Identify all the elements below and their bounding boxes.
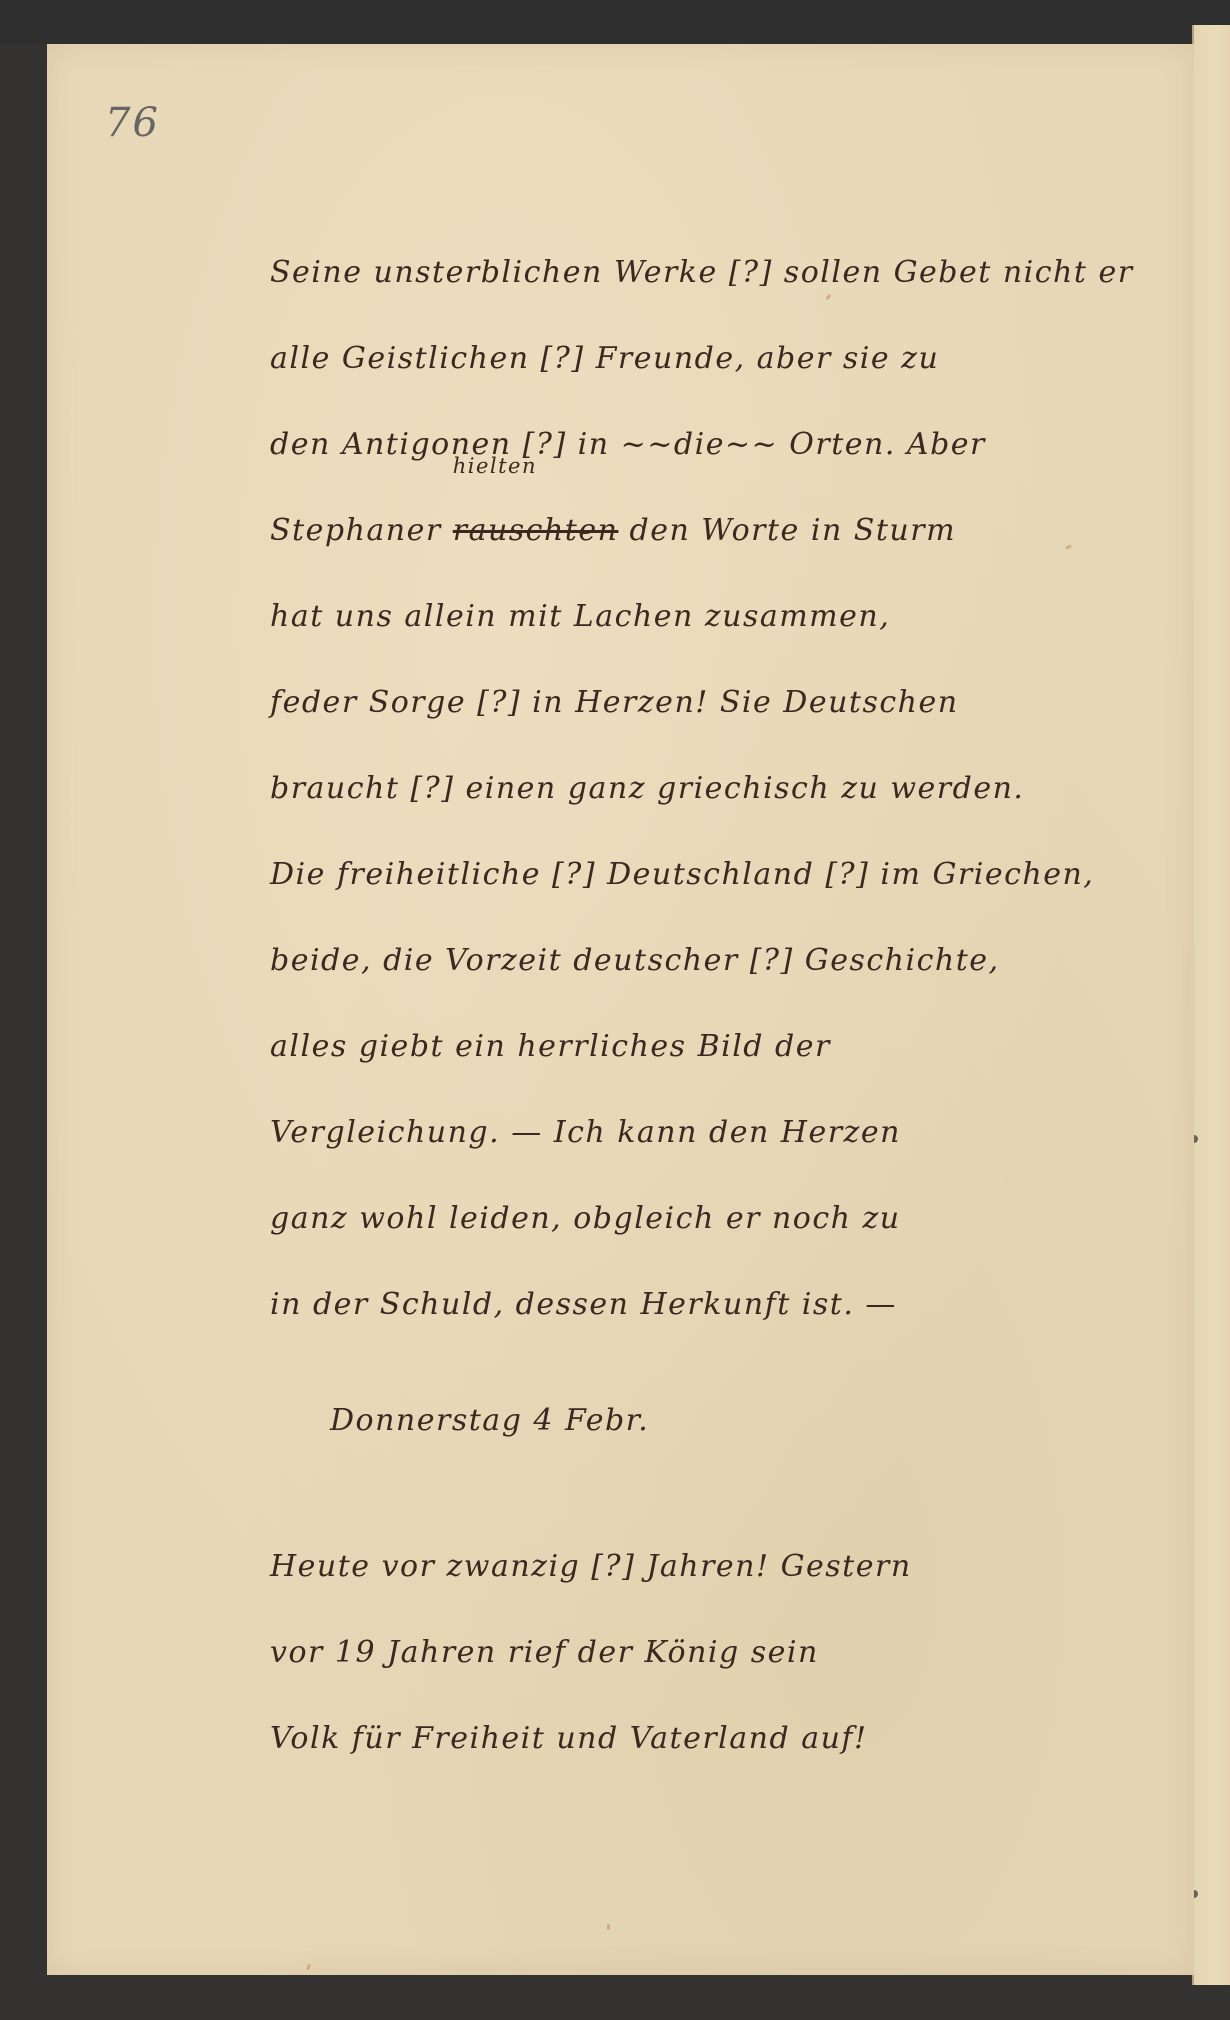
handwritten-text: Seine unsterblichen Werke [?] sollen Geb… <box>270 230 1090 1782</box>
text-line: Volk für Freiheit und Vaterland auf! <box>270 1696 1090 1782</box>
text-line: braucht [?] einen ganz griechisch zu wer… <box>270 746 1090 832</box>
text-line: Die freiheitliche [?] Deutschland [?] im… <box>270 832 1090 918</box>
paper-speck <box>607 1924 610 1930</box>
paper-speck <box>306 1964 311 1971</box>
word-stephaner: Stephaner <box>270 513 453 548</box>
text-line: in der Schuld, dessen Herkunft ist. — <box>270 1262 1090 1348</box>
text-line-with-correction: Stephaner hielten rauschten den Worte in… <box>270 488 1090 574</box>
text-line: beide, die Vorzeit deutscher [?] Geschic… <box>270 918 1090 1004</box>
scanner-backdrop-top <box>0 0 1230 44</box>
text-line: feder Sorge [?] in Herzen! Sie Deutschen <box>270 660 1090 746</box>
struck-word: rauschten <box>453 513 619 548</box>
line-remainder: den Worte in Sturm <box>629 513 956 548</box>
text-line: alles giebt ein herrliches Bild der <box>270 1004 1090 1090</box>
text-line: Seine unsterblichen Werke [?] sollen Geb… <box>270 230 1090 316</box>
text-line: vor 19 Jahren rief der König sein <box>270 1610 1090 1696</box>
text-line: hat uns allein mit Lachen zusammen, <box>270 574 1090 660</box>
correction: hielten rauschten <box>453 488 619 574</box>
text-line: alle Geistlichen [?] Freunde, aber sie z… <box>270 316 1090 402</box>
inserted-word: hielten <box>453 454 537 478</box>
date-heading: Donnerstag 4 Febr. <box>270 1378 1090 1464</box>
folio-number: 76 <box>105 100 160 146</box>
next-pages-edge <box>1192 25 1230 1985</box>
text-line: Vergleichung. — Ich kann den Herzen <box>270 1090 1090 1176</box>
text-line: den Antigonen [?] in ~~die~~ Orten. Aber <box>270 402 1090 488</box>
text-line: ganz wohl leiden, obgleich er noch zu <box>270 1176 1090 1262</box>
text-line: Heute vor zwanzig [?] Jahren! Gestern <box>270 1524 1090 1610</box>
